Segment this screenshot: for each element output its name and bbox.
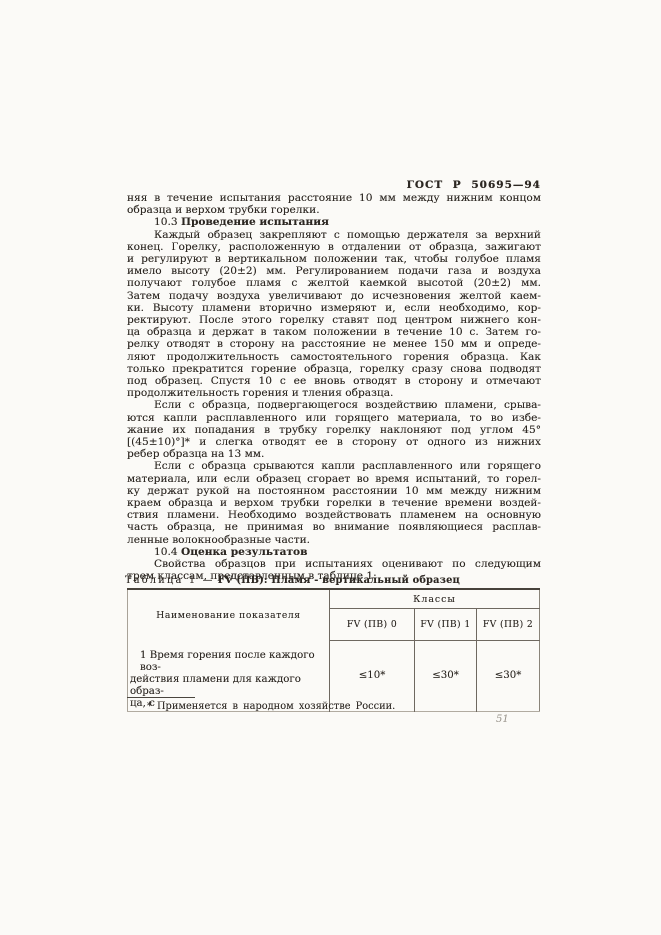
paragraph-line: конец. Горелку, расположенную в отдалени… — [127, 241, 541, 253]
document-page: ГОСТ Р 50695—94 няя в течение испытания … — [0, 0, 661, 935]
paragraph-line: часть образца, не принимая во внимание п… — [127, 521, 541, 533]
paragraph-line: Свойства образцов при испытаниях оценива… — [127, 558, 541, 570]
table-header-row-1: Наименование показателя Классы — [128, 589, 540, 609]
paragraph-line: образца и верхом трубки горелки. — [127, 204, 541, 216]
footnote: * Применяется в народном хозяйстве Росси… — [127, 697, 541, 712]
indicator-name-line: 1 Время горения после каждого воз- — [130, 650, 325, 674]
paragraph-line: Затем подачу воздуха увеличивают до исче… — [127, 290, 541, 302]
paragraph-line: краем образца и верхом трубки горелки в … — [127, 497, 541, 509]
paragraph-line: ца образца и держат в таком положении в … — [127, 326, 541, 338]
class-header-fv0: FV (ПВ) 0 — [330, 609, 415, 641]
paragraph-line: ляют продолжительность самостоятельного … — [127, 351, 541, 363]
table-caption-label: Таблица 1 — — [125, 575, 215, 586]
paragraph-line: имело высоту (20±2) мм. Регулированием п… — [127, 265, 541, 277]
standard-number-header: ГОСТ Р 50695—94 — [127, 179, 541, 191]
class-header-fv1: FV (ПВ) 1 — [415, 609, 477, 641]
paragraph-line: релку отводят в сторону на расстояние не… — [127, 338, 541, 350]
table-caption: Таблица 1 — FV (ПВ): Пламя - вертикальны… — [125, 575, 541, 586]
paragraph-line: Каждый образец закрепляют с помощью держ… — [127, 229, 541, 241]
paragraph-line: продолжительность горения и тления образ… — [127, 387, 541, 399]
paragraph-line: ректируют. После этого горелку ставят по… — [127, 314, 541, 326]
paragraph-line: под образец. Спустя 10 с ее вновь отводя… — [127, 375, 541, 387]
paragraph-line: ствия пламени. Необходимо воздействовать… — [127, 509, 541, 521]
footnote-text: * Применяется в народном хозяйстве Росси… — [127, 701, 541, 712]
page-number: 51 — [496, 714, 509, 725]
paragraph-line: [(45±10)°]* и слегка отводят ее в сторон… — [127, 436, 541, 448]
indicator-name-header: Наименование показателя — [128, 589, 330, 641]
paragraph-line: ются капли расплавленного или горящего м… — [127, 412, 541, 424]
paragraph-line: няя в течение испытания расстояние 10 мм… — [127, 192, 541, 204]
footnote-rule — [127, 697, 195, 698]
results-table: Наименование показателя Классы FV (ПВ) 0… — [127, 588, 540, 712]
paragraph-line: ребер образца на 13 мм. — [127, 448, 541, 460]
paragraph-line: материала, или если образец сгорает во в… — [127, 473, 541, 485]
section-heading: 10.4 Оценка результатов — [127, 546, 541, 558]
paragraph-line: только прекратится горение образца, горе… — [127, 363, 541, 375]
paragraph-line: Если с образца срываются капли расплавле… — [127, 460, 541, 472]
class-header-fv2: FV (ПВ) 2 — [477, 609, 540, 641]
classes-group-header: Классы — [330, 589, 540, 609]
paragraph-line: и регулируют в вертикальном положении та… — [127, 253, 541, 265]
paragraph-line: Если с образца, подвергающегося воздейст… — [127, 399, 541, 411]
section-heading: 10.3 Проведение испытания — [127, 216, 541, 228]
paragraph-line: ку держат рукой на постоянном расстоянии… — [127, 485, 541, 497]
paragraph-line: жание их попадания в трубку горелку накл… — [127, 424, 541, 436]
paragraph-line: получают голубое пламя с желтой каемкой … — [127, 277, 541, 289]
paragraph-line: ленные волокнообразные части. — [127, 534, 541, 546]
text-blocks: няя в течение испытания расстояние 10 мм… — [127, 192, 541, 583]
indicator-name-line: действия пламени для каждого образ- — [130, 674, 325, 698]
table-caption-title: FV (ПВ): Пламя - вертикальный образец — [218, 575, 460, 586]
paragraph-line: ки. Высоту пламени вторично измеряют и, … — [127, 302, 541, 314]
